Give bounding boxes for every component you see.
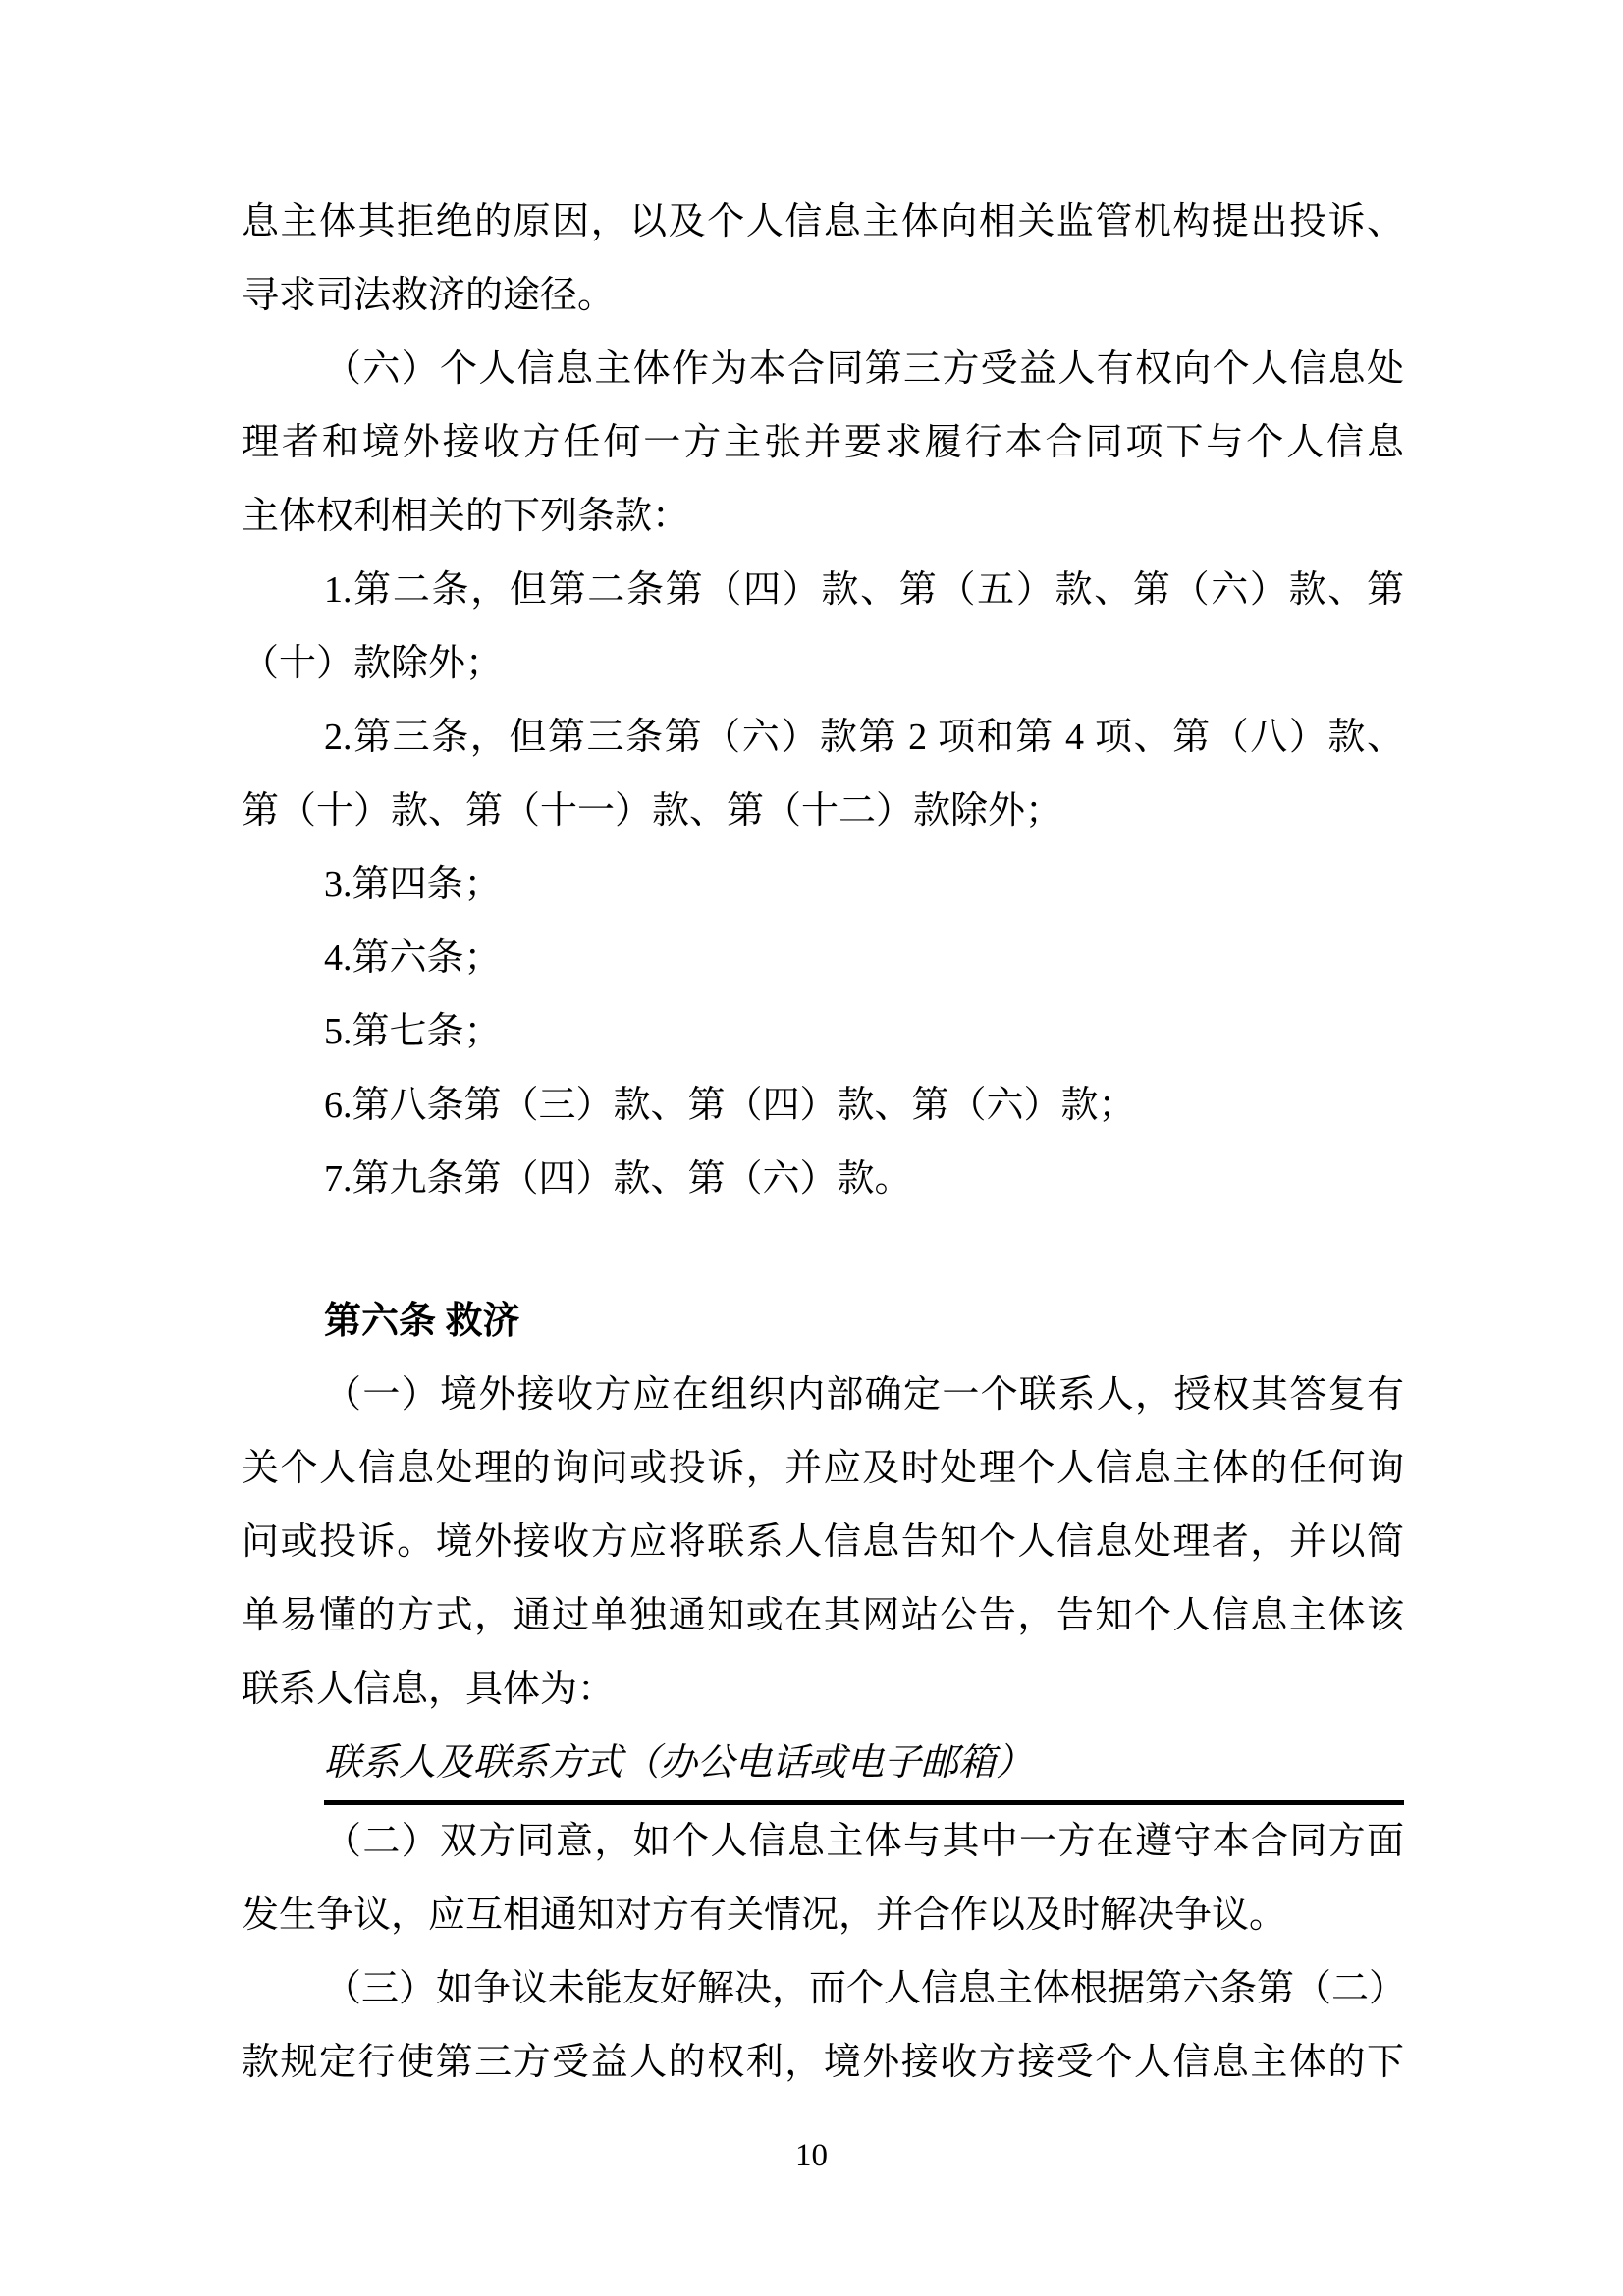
list-item-3: 3.第四条； xyxy=(242,848,1404,922)
text-line: （二）双方同意，如个人信息主体与其中一方在遵守本合同方面 xyxy=(242,1805,1404,1879)
text-line: 联系人信息，具体为： xyxy=(242,1653,1404,1727)
text-line: 寻求司法救济的途径。 xyxy=(242,259,1404,333)
continued-paragraph: 息主体其拒绝的原因，以及个人信息主体向相关监管机构提出投诉、寻求司法救济的途径。 xyxy=(242,186,1404,333)
text-line: 联系人及联系方式（办公电话或电子邮箱） xyxy=(324,1727,1404,1805)
text-line: 1.第二条，但第二条第（四）款、第（五）款、第（六）款、第 xyxy=(242,554,1404,627)
text-line: 7.第九条第（四）款、第（六）款。 xyxy=(242,1143,1404,1216)
list-item-5: 5.第七条； xyxy=(242,995,1404,1069)
clause-6-para-1: （一）境外接收方应在组织内部确定一个联系人，授权其答复有关个人信息处理的询问或投… xyxy=(242,1359,1404,1727)
text-line: （六）个人信息主体作为本合同第三方受益人有权向个人信息处 xyxy=(242,333,1404,406)
text-line: 5.第七条； xyxy=(242,995,1404,1069)
clause-6-para-2: （二）双方同意，如个人信息主体与其中一方在遵守本合同方面发生争议，应互相通知对方… xyxy=(242,1805,1404,1952)
list-item-4: 4.第六条； xyxy=(242,922,1404,995)
text-line: 发生争议，应互相通知对方有关情况，并合作以及时解决争议。 xyxy=(242,1879,1404,1952)
contact-method-blank-line: 联系人及联系方式（办公电话或电子邮箱） xyxy=(242,1727,1404,1805)
list-item-2: 2.第三条，但第三条第（六）款第 2 项和第 4 项、第（八）款、第（十）款、第… xyxy=(242,701,1404,848)
text-line: （十）款除外； xyxy=(242,627,1404,701)
text-line: 息主体其拒绝的原因，以及个人信息主体向相关监管机构提出投诉、 xyxy=(242,186,1404,259)
section-heading-text: 第六条 救济 xyxy=(242,1285,1404,1359)
text-line: 2.第三条，但第三条第（六）款第 2 项和第 4 项、第（八）款、 xyxy=(242,701,1404,774)
document-body: 息主体其拒绝的原因，以及个人信息主体向相关监管机构提出投诉、寻求司法救济的途径。… xyxy=(242,186,1404,2100)
document-page: 息主体其拒绝的原因，以及个人信息主体向相关监管机构提出投诉、寻求司法救济的途径。… xyxy=(0,0,1623,2296)
text-line: （一）境外接收方应在组织内部确定一个联系人，授权其答复有 xyxy=(242,1359,1404,1432)
text-line: 问或投诉。境外接收方应将联系人信息告知个人信息处理者，并以简 xyxy=(242,1506,1404,1579)
text-line: 3.第四条； xyxy=(242,848,1404,922)
text-line: 4.第六条； xyxy=(242,922,1404,995)
clause-6-para-3: （三）如争议未能友好解决，而个人信息主体根据第六条第（二）款规定行使第三方受益人… xyxy=(242,1952,1404,2100)
list-item-7: 7.第九条第（四）款、第（六）款。 xyxy=(242,1143,1404,1216)
text-line: 单易懂的方式，通过单独通知或在其网站公告，告知个人信息主体该 xyxy=(242,1579,1404,1653)
text-line: 理者和境外接收方任何一方主张并要求履行本合同项下与个人信息 xyxy=(242,406,1404,480)
clause-item-6-third-party-rights: （六）个人信息主体作为本合同第三方受益人有权向个人信息处理者和境外接收方任何一方… xyxy=(242,333,1404,554)
list-item-6: 6.第八条第（三）款、第（四）款、第（六）款； xyxy=(242,1069,1404,1143)
page-number: 10 xyxy=(0,2136,1623,2175)
list-item-1: 1.第二条，但第二条第（四）款、第（五）款、第（六）款、第（十）款除外； xyxy=(242,554,1404,701)
text-line: 主体权利相关的下列条款： xyxy=(242,480,1404,554)
text-line: 6.第八条第（三）款、第（四）款、第（六）款； xyxy=(242,1069,1404,1143)
text-line: （三）如争议未能友好解决，而个人信息主体根据第六条第（二） xyxy=(242,1952,1404,2026)
text-line: 款规定行使第三方受益人的权利，境外接收方接受个人信息主体的下 xyxy=(242,2026,1404,2100)
clause-6-heading: 第六条 救济 xyxy=(242,1285,1404,1359)
text-line: 关个人信息处理的询问或投诉，并应及时处理个人信息主体的任何询 xyxy=(242,1432,1404,1506)
text-line: 第（十）款、第（十一）款、第（十二）款除外； xyxy=(242,774,1404,848)
